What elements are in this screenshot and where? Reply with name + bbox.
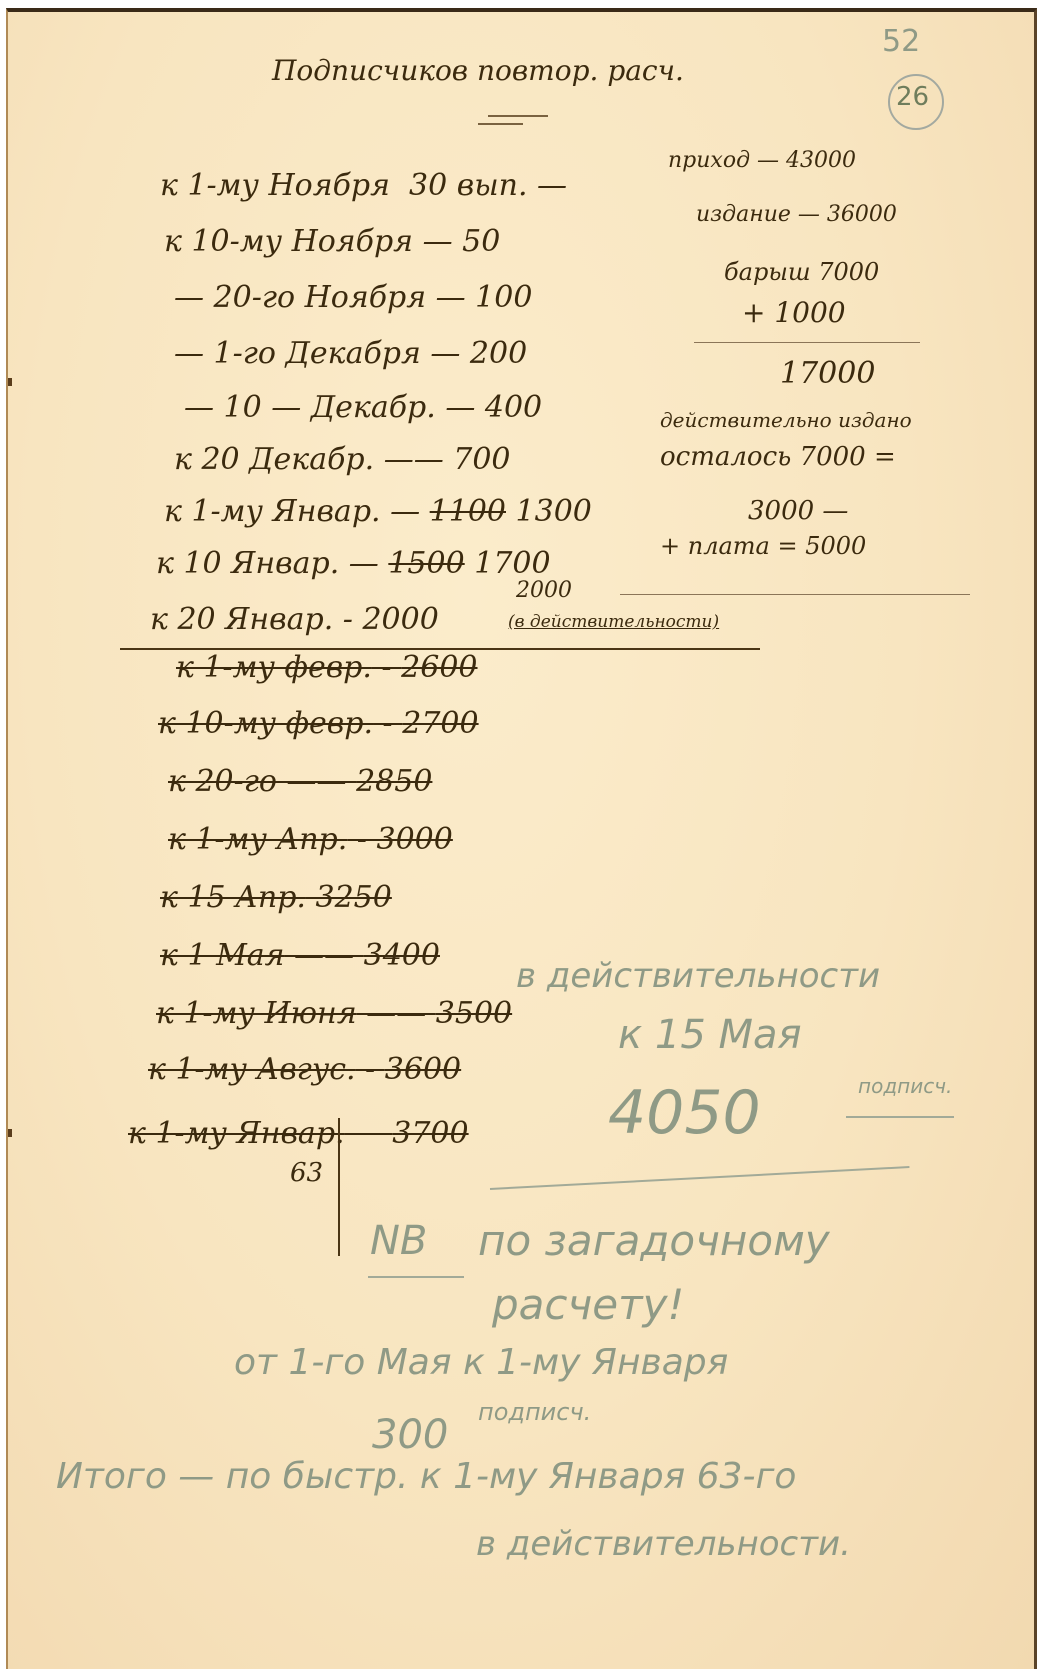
pencil-note-line: в действительности — [516, 956, 880, 996]
calc-line: приход — 43000 — [668, 148, 856, 173]
calc-line: действительно издано — [660, 408, 912, 432]
archive-page-number: 52 — [882, 24, 920, 59]
pencil-actual-value: 4050 — [608, 1078, 761, 1148]
calc-line: 3000 — — [748, 496, 848, 526]
pencil-note-line: расчету! — [492, 1280, 684, 1329]
calc-divider — [620, 594, 970, 595]
pencil-note-line: Итого — по быстр. к 1-му Января 63-го — [56, 1456, 796, 1497]
arrow-line — [338, 1118, 340, 1256]
schedule-row: — 1-го Декабря — 200 — [174, 336, 527, 371]
schedule-row-struck: к 1-му Июня —— 3500 — [156, 996, 512, 1031]
pencil-nb-underline — [368, 1276, 464, 1278]
schedule-note: (в действительности) — [508, 612, 719, 632]
binding-mark — [8, 378, 12, 386]
schedule-row: — 10 — Декабр. — 400 — [184, 390, 542, 425]
schedule-side-note: 63 — [290, 1158, 323, 1188]
pencil-underline — [846, 1116, 954, 1118]
pencil-divider — [490, 1166, 910, 1190]
pencil-nb-mark: NB — [370, 1218, 427, 1264]
schedule-row-struck: к 15 Апр. 3250 — [160, 880, 392, 915]
calc-line: + плата = 5000 — [660, 532, 866, 560]
manuscript-page: 52 26 Подписчиков повтор. расч. к 1-му Н… — [6, 8, 1037, 1669]
schedule-row-struck: к 1-му Апр. - 3000 — [168, 822, 453, 857]
pencil-count-suffix: подписч. — [478, 1398, 591, 1426]
schedule-row-struck: к 1 Мая —— 3400 — [160, 938, 440, 973]
schedule-row-struck: к 1-му февр. - 2600 — [176, 650, 478, 685]
schedule-row-struck: к 1-му Авгус. - 3600 — [148, 1052, 461, 1087]
schedule-correction: 2000 — [516, 578, 572, 603]
pencil-count: 300 — [372, 1412, 448, 1458]
pencil-note-line: от 1-го Мая к 1-му Января — [234, 1342, 728, 1383]
schedule-row-struck: к 10-му февр. - 2700 — [158, 706, 479, 741]
schedule-row: к 10-му Ноября — 50 — [164, 224, 500, 259]
calc-line: издание — 36000 — [696, 202, 897, 227]
binding-mark — [8, 1129, 12, 1137]
archive-circled-number: 26 — [896, 82, 929, 112]
schedule-row: к 10 Январ. — 1500 1700 — [156, 546, 551, 581]
schedule-row-struck: к 20-го —— 2850 — [168, 764, 432, 799]
page-title: Подписчиков повтор. расч. — [272, 54, 684, 87]
schedule-row-struck: к 1-му Январ. 3700 — [128, 1116, 469, 1151]
pencil-note-line: по загадочному — [478, 1216, 830, 1265]
calc-total: 17000 — [780, 356, 875, 391]
pencil-actual-suffix: подписч. — [858, 1074, 952, 1098]
calc-sum-line — [694, 342, 920, 343]
schedule-row: к 1-му Ноября 30 вып. — — [160, 168, 567, 203]
calc-line: осталось 7000 = — [660, 442, 896, 472]
schedule-row: — 20-го Ноября — 100 — [174, 280, 532, 315]
pencil-note-line: к 15 Мая — [618, 1012, 802, 1058]
title-underline — [488, 115, 548, 117]
calc-line: + 1000 — [742, 296, 846, 329]
title-underline — [478, 123, 523, 125]
calc-line: барыш 7000 — [724, 258, 879, 286]
schedule-row: к 20 Январ. - 2000 — [150, 602, 439, 637]
schedule-row: к 1-му Январ. — 1100 1300 — [164, 494, 592, 529]
pencil-note-line: в действительности. — [476, 1524, 851, 1564]
schedule-row: к 20 Декабр. —— 700 — [174, 442, 511, 477]
